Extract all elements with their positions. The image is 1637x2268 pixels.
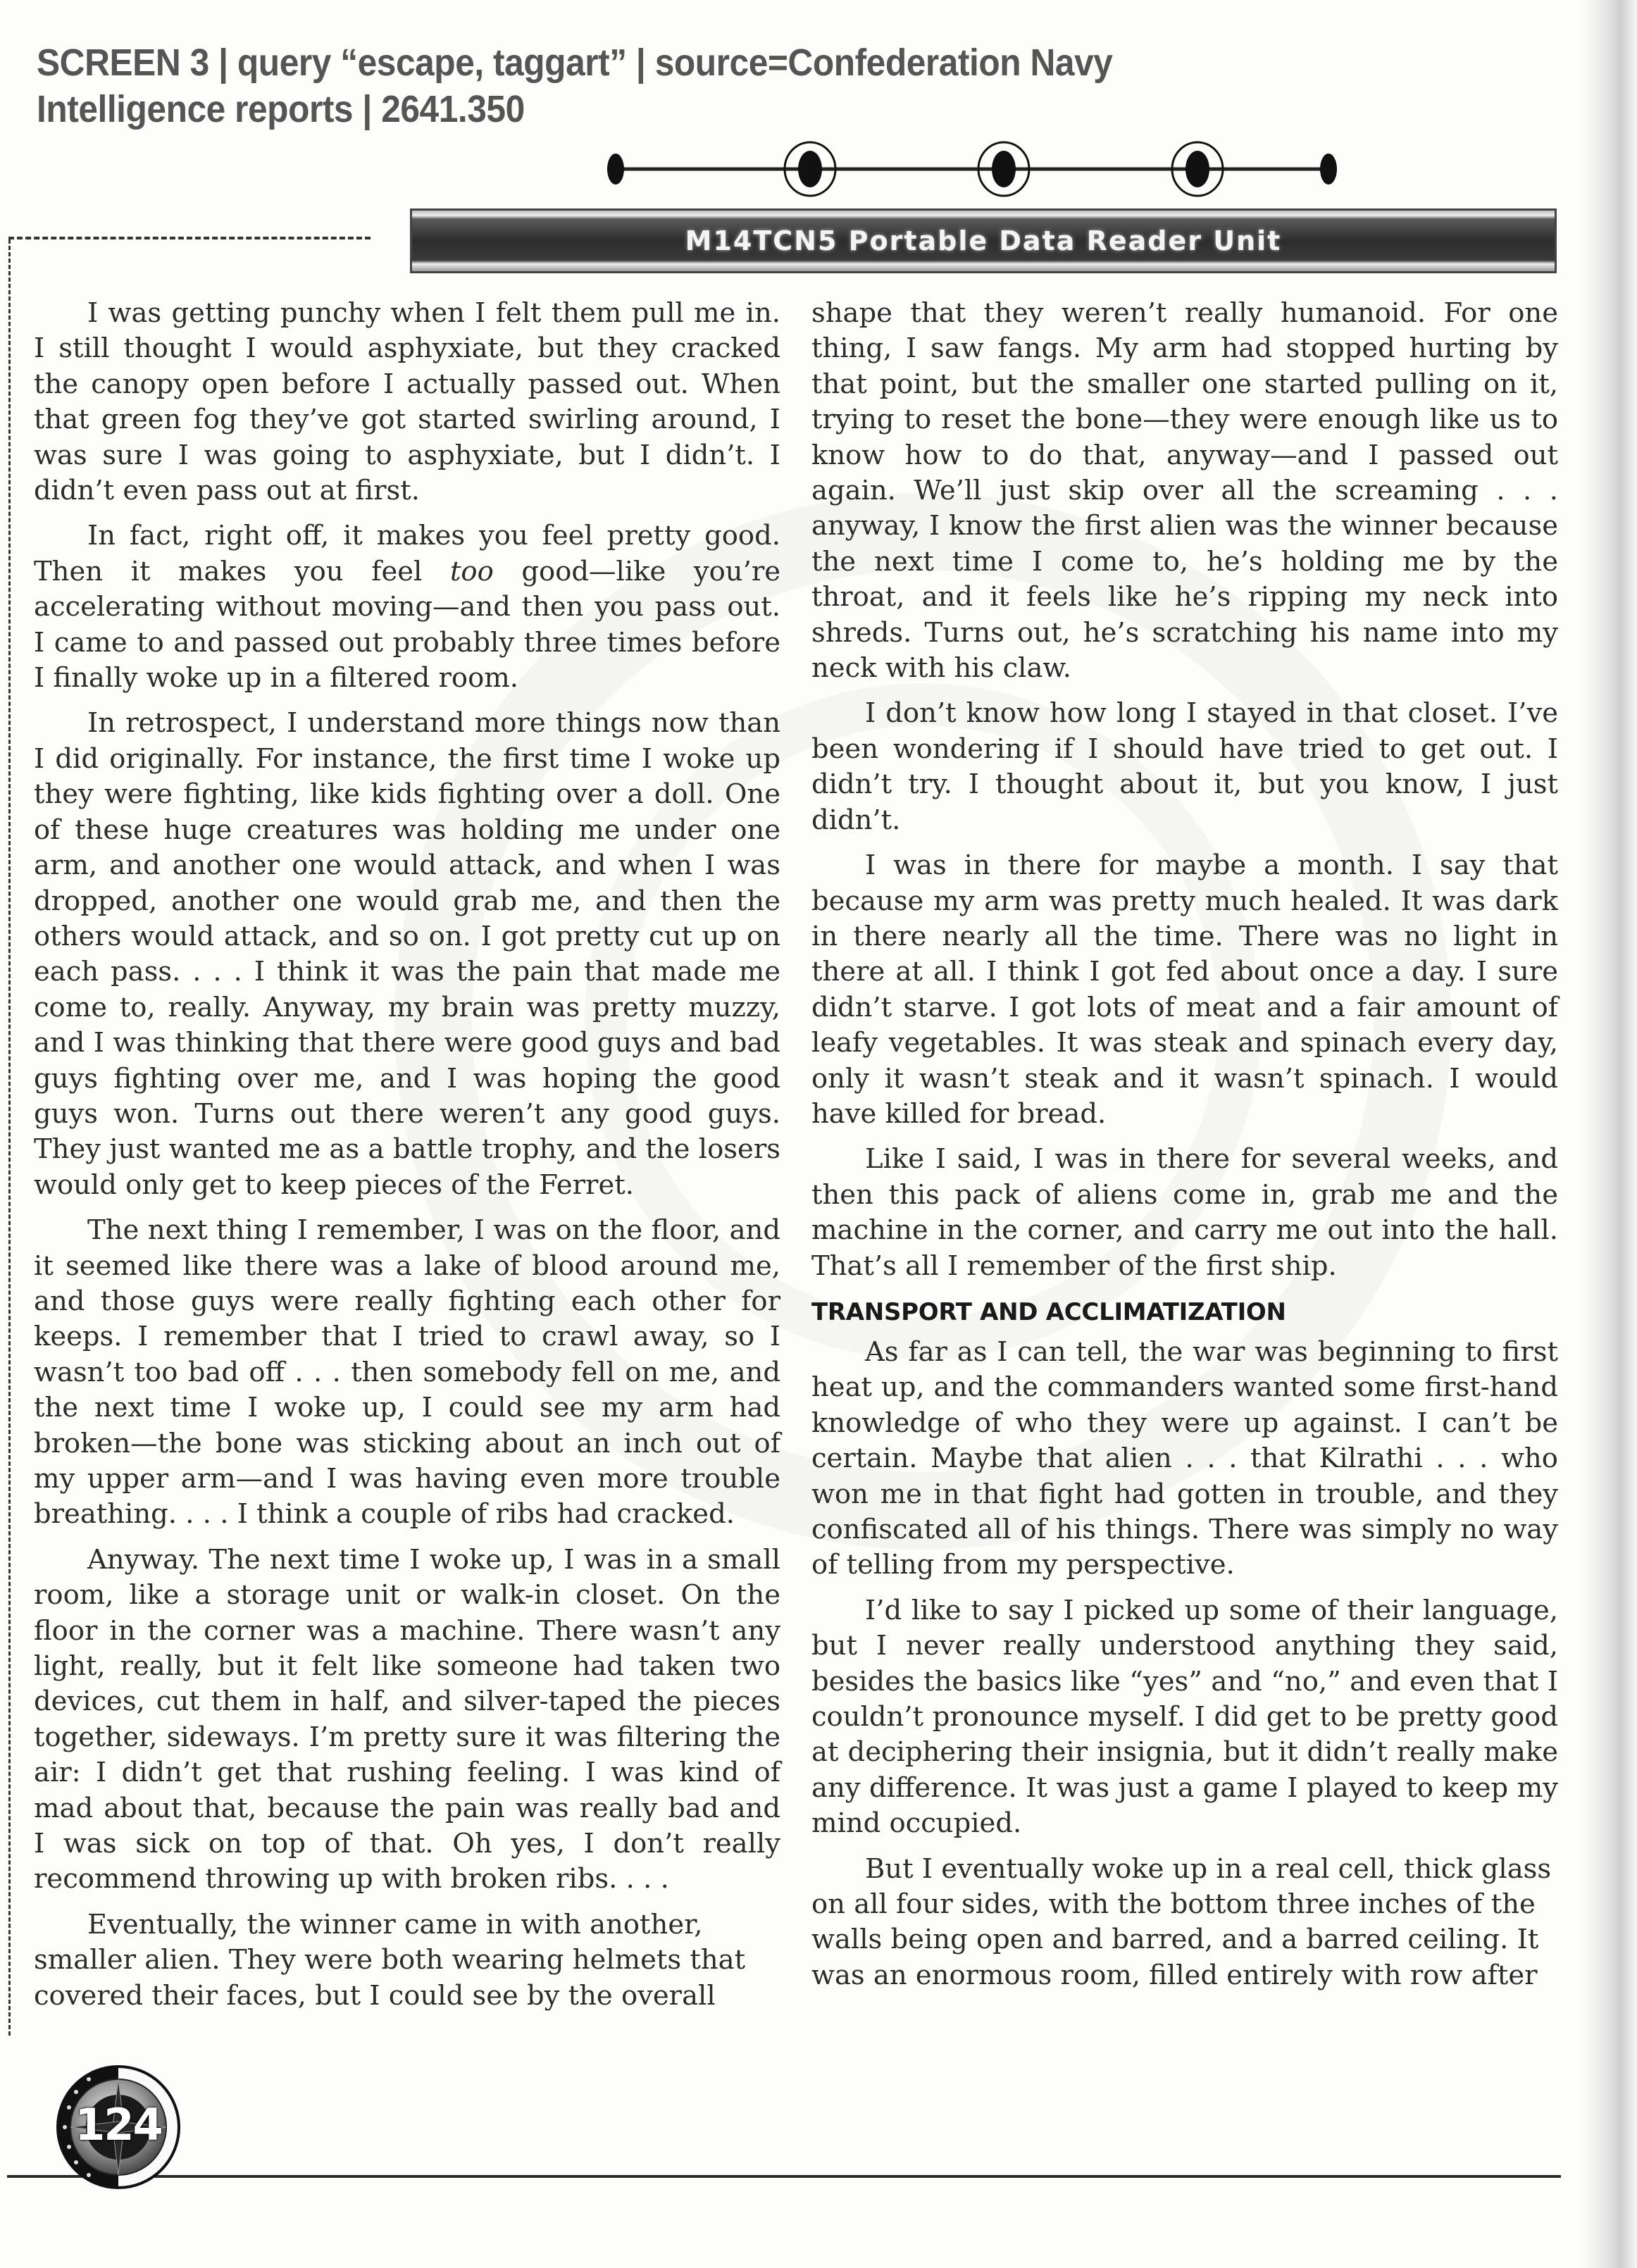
- paragraph: In retrospect, I understand more things …: [34, 706, 780, 1203]
- paragraph-continued: shape that they weren’t really humanoid.…: [811, 296, 1558, 686]
- paragraph: Anyway. The next time I woke up, I was i…: [34, 1543, 780, 1898]
- paragraph-with-italic: In fact, right off, it makes you feel pr…: [34, 518, 780, 696]
- right-text-column: shape that they weren’t really humanoid.…: [811, 296, 1558, 2003]
- header-title-line-1: SCREEN 3 | query “escape, taggart” | sou…: [37, 39, 1320, 86]
- paragraph: I’d like to say I picked up some of thei…: [811, 1593, 1558, 1842]
- page-gutter-shadow: [1581, 0, 1637, 2268]
- paragraph: As far as I can tell, the war was beginn…: [811, 1335, 1558, 1583]
- dashed-frame-left: [8, 239, 11, 2036]
- paragraph: Like I said, I was in there for several …: [811, 1142, 1558, 1284]
- section-heading: TRANSPORT AND ACCLIMATIZATION: [811, 1297, 1558, 1328]
- footer-rule: [7, 2175, 1561, 2178]
- data-reader-banner: M14TCN5 Portable Data Reader Unit: [410, 208, 1557, 273]
- paragraph: Eventually, the winner came in with anot…: [34, 1907, 780, 2014]
- paragraph: But I eventually woke up in a real cell,…: [811, 1852, 1558, 1994]
- paragraph: I was in there for maybe a month. I say …: [811, 848, 1558, 1132]
- banner-label: M14TCN5 Portable Data Reader Unit: [685, 225, 1282, 256]
- node-timeline-icon: [606, 141, 1338, 197]
- header-title-line-2: Intelligence reports | 2641.350: [37, 86, 1320, 132]
- page-header-title: SCREEN 3 | query “escape, taggart” | sou…: [37, 39, 1320, 132]
- dashed-frame-top: [8, 237, 371, 239]
- page-number-badge: 124: [55, 2064, 182, 2191]
- page-number: 124: [55, 2099, 182, 2150]
- paragraph: I don’t know how long I stayed in that c…: [811, 696, 1558, 838]
- italic-emphasis: too: [450, 556, 494, 587]
- paragraph: The next thing I remember, I was on the …: [34, 1213, 780, 1533]
- paragraph: I was getting punchy when I felt them pu…: [34, 296, 780, 509]
- left-text-column: I was getting punchy when I felt them pu…: [34, 296, 780, 2024]
